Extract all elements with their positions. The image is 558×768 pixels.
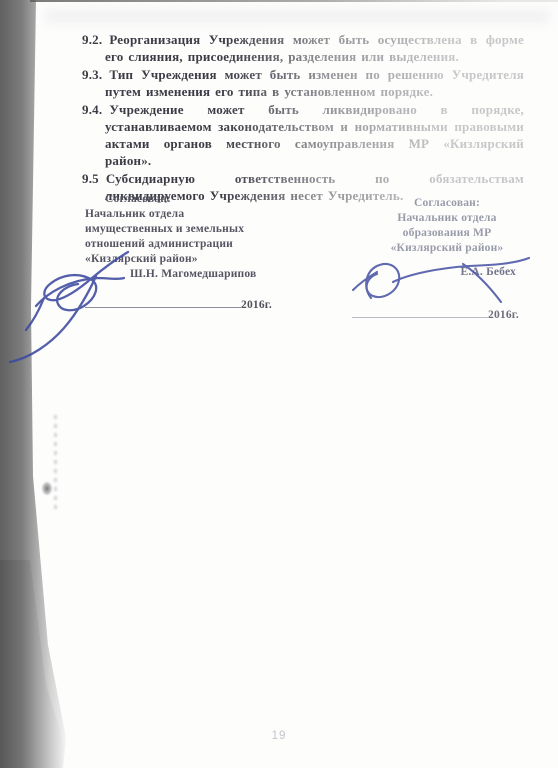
scan-top-edge [30,0,558,2]
approval-left-line: Начальник отдела [85,207,270,222]
paragraph-number: 9.4. [82,102,102,117]
approval-right-line: образования МР [352,226,542,241]
approval-right-date-row: 2016г. [352,306,542,323]
paragraph-number: 9.5 [82,171,99,186]
approval-left-date: 2016г. [241,299,272,311]
approval-right-header: Согласован: [352,196,542,211]
page-number: 19 [0,730,558,742]
approval-left-line: «Кизлярский район» [85,252,270,267]
paragraph-9-2: 9.2.Реорганизация Учреждения может быть … [82,31,524,65]
approval-left-name: Ш.Н. Магомедшарипов [130,267,270,282]
paragraph-number: 9.3. [82,67,102,82]
approval-right-line: «Кизлярский район» [352,241,542,256]
scanned-document-page: 9.2.Реорганизация Учреждения может быть … [0,0,558,768]
approval-left-line: отношений администрации [85,237,270,252]
approval-block-right: Согласован: Начальник отдела образования… [352,196,542,323]
paragraph-9-3: 9.3.Тип Учреждения может быть изменен по… [82,66,524,100]
paragraph-9-4: 9.4.Учреждение может быть ликвидировано … [82,101,524,170]
approval-left-header: Согласован: [105,192,270,207]
paragraph-number: 9.2. [82,32,102,47]
approval-right-line: Начальник отдела [352,211,542,226]
scan-smudge [45,9,550,24]
ink-bleed-through [54,415,57,513]
approval-right-name: Е.А. Бебех [352,265,542,280]
paragraph-text: Учреждение может быть ликвидировано в по… [105,102,524,169]
document-body: 9.2.Реорганизация Учреждения может быть … [82,31,524,205]
approval-block-left: Согласован: Начальник отдела имущественн… [85,192,270,313]
ink-spot [42,482,52,495]
signature-line [85,296,241,308]
signature-line [352,306,488,318]
paragraph-text: Реорганизация Учреждения может быть осущ… [105,32,524,64]
paragraph-text: Тип Учреждения может быть изменен по реш… [105,67,524,99]
approval-left-date-row: 2016г. [85,296,270,313]
approval-right-date: 2016г. [488,309,519,321]
approval-left-line: имущественных и земельных [85,222,270,237]
